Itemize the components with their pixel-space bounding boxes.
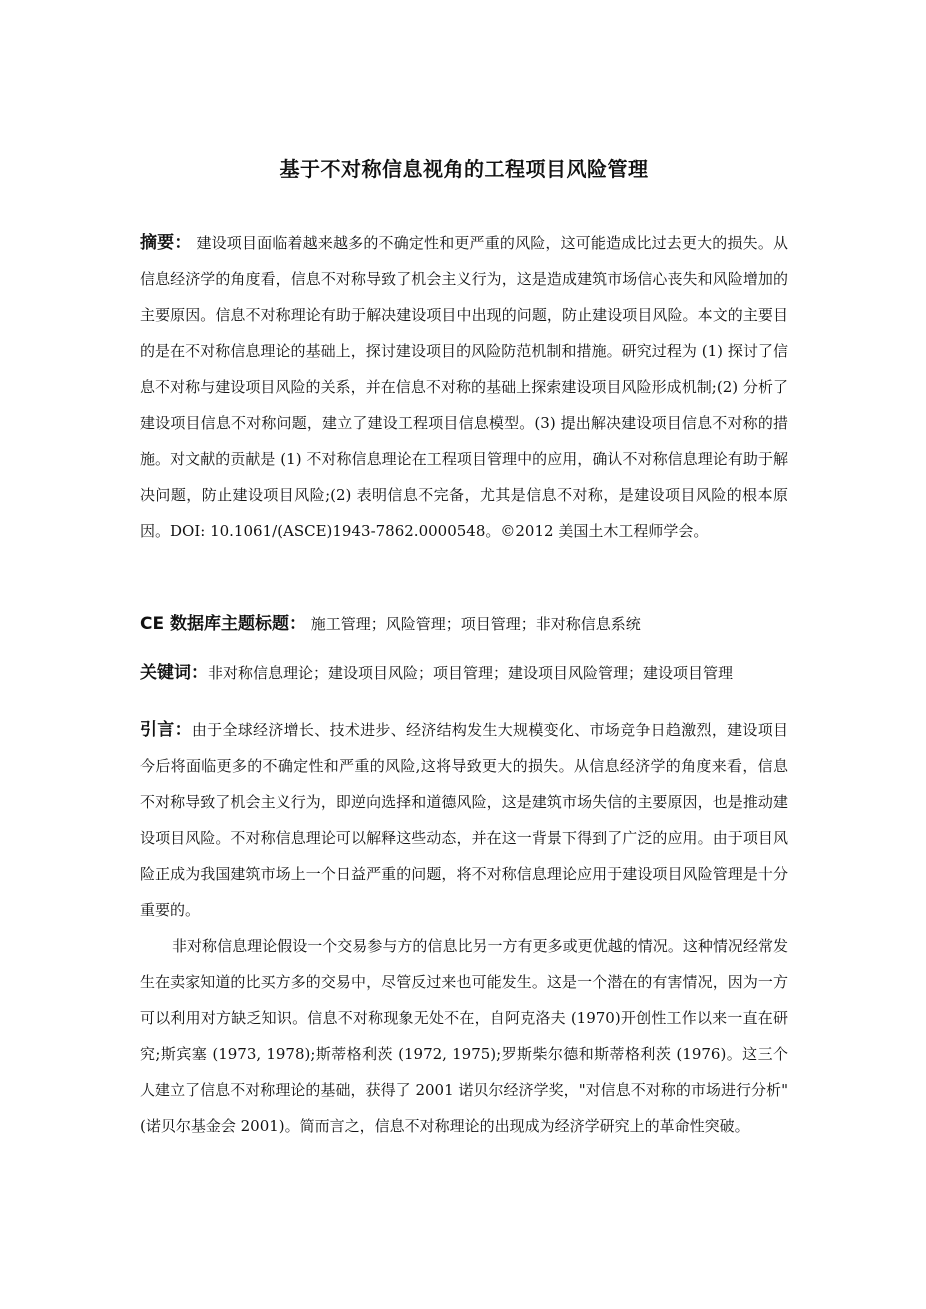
abstract-paragraph: 摘要： 建设项目面临着越来越多的不确定性和更严重的风险，这可能造成比过去更大的损… xyxy=(140,225,788,549)
subject-headings-label: CE 数据库主题标题： xyxy=(140,614,306,634)
keywords-paragraph: 关键词：非对称信息理论；建设项目风险；项目管理；建设项目风险管理；建设项目管理 xyxy=(140,655,788,691)
keywords-label: 关键词： xyxy=(140,663,208,683)
introduction-text: 由于全球经济增长、技术进步、经济结构发生大规模变化、市场竞争日趋激烈，建设项目今… xyxy=(140,721,788,919)
introduction-paragraph: 引言：由于全球经济增长、技术进步、经济结构发生大规模变化、市场竞争日趋激烈，建设… xyxy=(140,712,788,928)
document-title: 基于不对称信息视角的工程项目风险管理 xyxy=(140,154,788,184)
abstract-text: 建设项目面临着越来越多的不确定性和更严重的风险，这可能造成比过去更大的损失。从信… xyxy=(140,234,788,540)
subject-headings-paragraph: CE 数据库主题标题： 施工管理；风险管理；项目管理；非对称信息系统 xyxy=(140,606,788,642)
introduction-label: 引言： xyxy=(140,720,192,740)
keywords-text: 非对称信息理论；建设项目风险；项目管理；建设项目风险管理；建设项目管理 xyxy=(208,664,733,682)
body-paragraph: 非对称信息理论假设一个交易参与方的信息比另一方有更多或更优越的情况。这种情况经常… xyxy=(140,928,788,1144)
abstract-label: 摘要： xyxy=(140,233,192,253)
subject-headings-text: 施工管理；风险管理；项目管理；非对称信息系统 xyxy=(306,615,641,633)
